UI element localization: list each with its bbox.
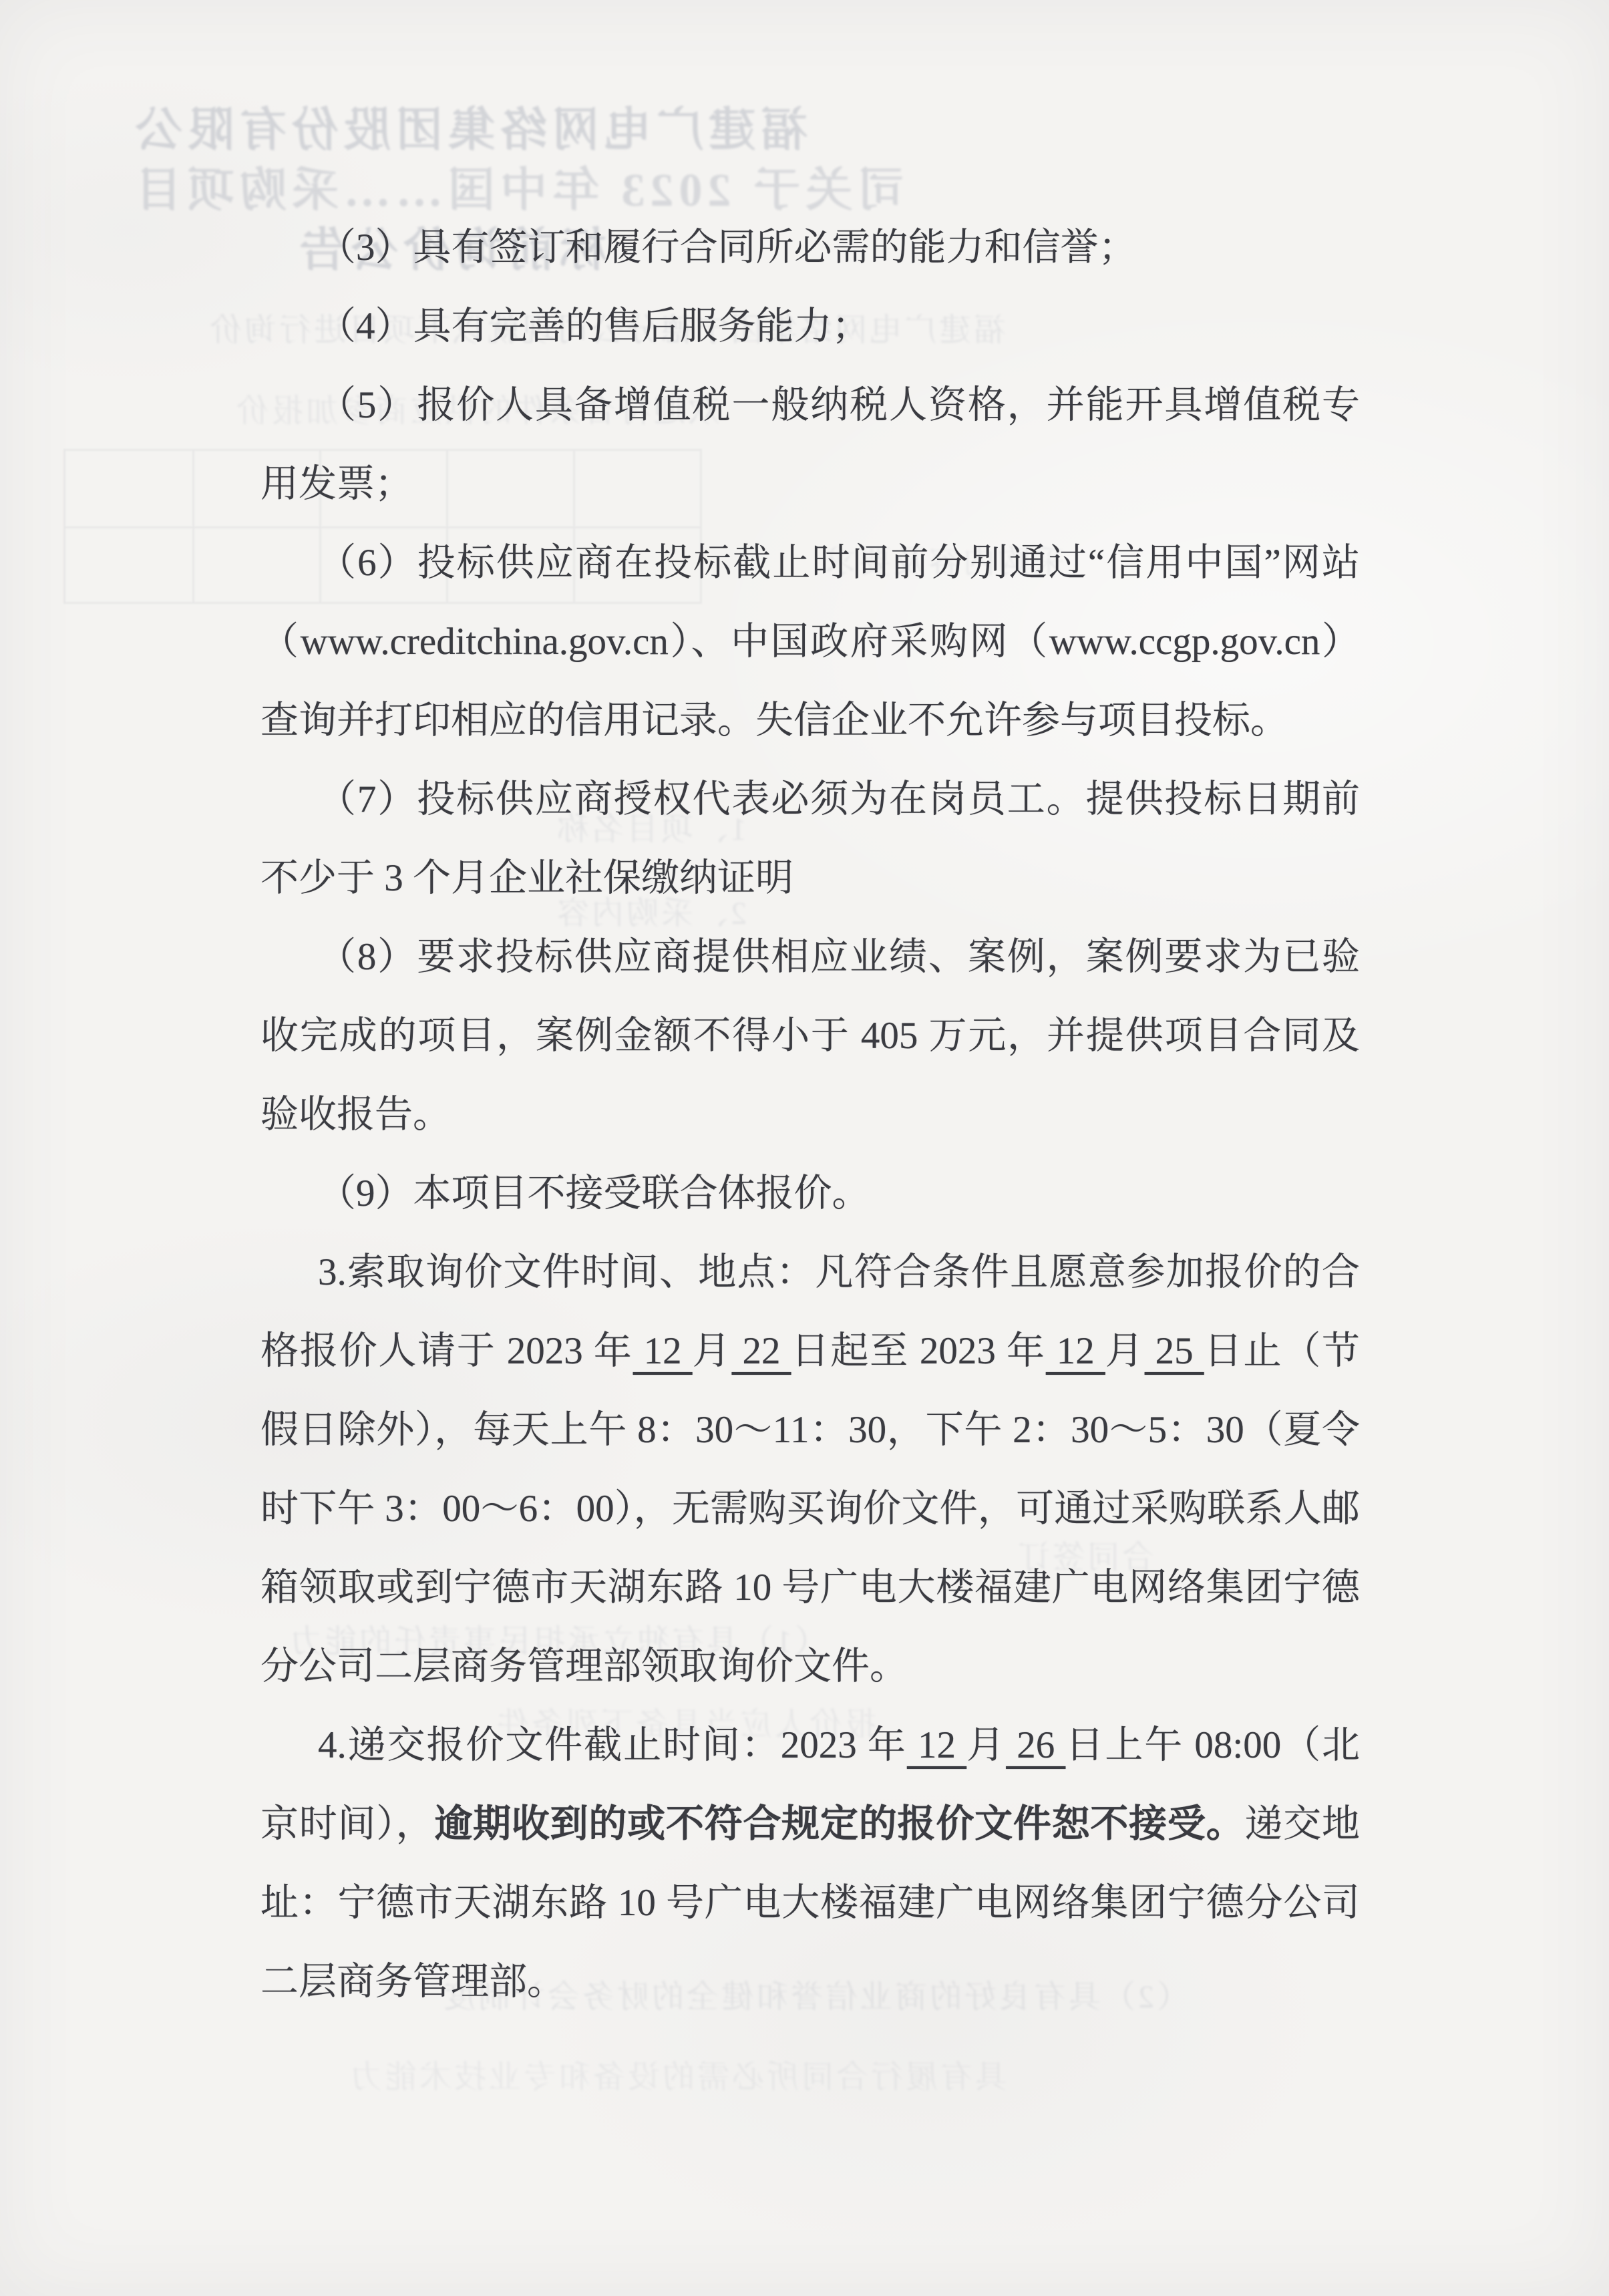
text-run: （7）投标供应商授权代表必须为在岗员工。提供投标日期前不少于 3 个月企业社保缴… bbox=[260, 778, 1360, 899]
bold-text-run: 逾期收到的或不符合规定的报价文件恕不接受。 bbox=[434, 1803, 1244, 1845]
text-run: 日起至 2023 年 bbox=[791, 1330, 1046, 1372]
text-run: （9）本项目不接受联合体报价。 bbox=[318, 1172, 870, 1214]
underlined-text-run: 22 bbox=[731, 1330, 791, 1372]
paragraph-item-9: （9）本项目不接受联合体报价。 bbox=[260, 1154, 1360, 1233]
paragraph-item-8: （8）要求投标供应商提供相应业绩、案例，案例要求为已验收完成的项目，案例金额不得… bbox=[260, 918, 1360, 1154]
text-run: （4）具有完善的售后服务能力； bbox=[318, 305, 870, 347]
paragraph-item-6: （6）投标供应商在投标截止时间前分别通过“信用中国”网站（www.creditc… bbox=[260, 524, 1360, 760]
text-run: 月 bbox=[1105, 1330, 1145, 1372]
text-run: （8）要求投标供应商提供相应业绩、案例，案例要求为已验收完成的项目，案例金额不得… bbox=[260, 936, 1360, 1136]
text-run: （5）报价人具备增值税一般纳税人资格，并能开具增值税专用发票； bbox=[260, 384, 1360, 505]
underlined-text-run: 26 bbox=[1006, 1724, 1065, 1766]
underlined-text-run: 12 bbox=[907, 1724, 966, 1766]
bleed-through-line: 具有履行合同所必需的设备和专业技术能力 bbox=[347, 2051, 1007, 2097]
underlined-text-run: 25 bbox=[1145, 1330, 1204, 1372]
scanned-page: 福建广电网络集团股份有限公司关于 2023 年中国……采购项目标前询价公告福建广… bbox=[0, 0, 1609, 2296]
text-run: 4.递交报价文件截止时间：2023 年 bbox=[318, 1724, 907, 1766]
underlined-text-run: 12 bbox=[1046, 1330, 1105, 1372]
text-run: 月 bbox=[693, 1330, 732, 1372]
text-run: （6）投标供应商在投标截止时间前分别通过“信用中国”网站（www.creditc… bbox=[260, 542, 1360, 742]
paragraph-item-4: （4）具有完善的售后服务能力； bbox=[260, 287, 1360, 366]
paragraph-item-5: （5）报价人具备增值税一般纳税人资格，并能开具增值税专用发票； bbox=[260, 366, 1360, 524]
text-run: 日止（节假日除外），每天上午 8：30～11：30，下午 2：30～5：30（夏… bbox=[260, 1330, 1360, 1687]
bleed-through-line: 福建广电网络集团股份有限公 bbox=[130, 92, 808, 160]
paragraph-section-3: 3.索取询价文件时间、地点：凡符合条件且愿意参加报价的合格报价人请于 2023 … bbox=[260, 1233, 1360, 1706]
paragraph-item-7: （7）投标供应商授权代表必须为在岗员工。提供投标日期前不少于 3 个月企业社保缴… bbox=[260, 760, 1360, 918]
text-run: （3）具有签订和履行合同所必需的能力和信誉； bbox=[318, 226, 1137, 269]
paragraph-item-3: （3）具有签订和履行合同所必需的能力和信誉； bbox=[260, 208, 1360, 287]
paragraph-section-4: 4.递交报价文件截止时间：2023 年 12 月 26 日上午 08:00（北京… bbox=[260, 1706, 1360, 2021]
text-run: 月 bbox=[966, 1724, 1006, 1766]
underlined-text-run: 12 bbox=[633, 1330, 693, 1372]
document-text-block: （3）具有签订和履行合同所必需的能力和信誉；（4）具有完善的售后服务能力；（5）… bbox=[260, 208, 1360, 2021]
